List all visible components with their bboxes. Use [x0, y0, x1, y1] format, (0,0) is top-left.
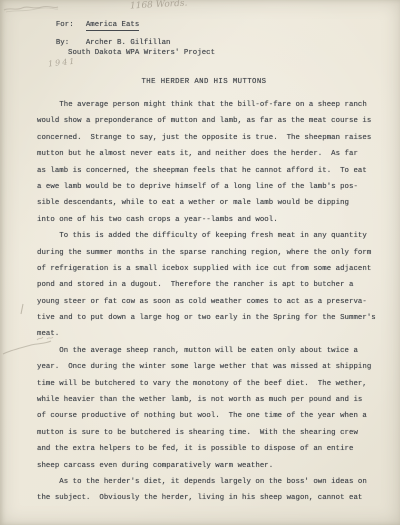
typed-line: The average person might think that the … [37, 97, 377, 113]
typed-line: and the extra helpers to be fed, it is p… [37, 441, 377, 457]
typed-line: To this is added the difficulty of keepi… [37, 228, 377, 244]
typed-line: during the summer months in the sparse r… [37, 245, 377, 261]
typed-line: as lamb is concerned, the sheepman feels… [37, 163, 377, 179]
by-value: Archer B. Gilfillan [86, 39, 171, 47]
typed-line: sible descendants, while to eat a wether… [37, 195, 377, 211]
typed-line: would show a preponderance of mutton and… [37, 113, 377, 129]
page-title: THE HERDER AND HIS MUTTONS [38, 78, 370, 86]
typed-line: time will be butchered to vary the monot… [37, 376, 377, 392]
typed-line: of refrigeration is a small icebox suppl… [37, 261, 377, 277]
typed-line: On the average sheep ranch, mutton will … [37, 343, 377, 359]
pencil-scribble-margin-icon [1, 332, 59, 358]
typed-line: the subject. Obviously the herder, livin… [37, 490, 377, 506]
typed-line: mutton is sure to be butchered is sheari… [37, 425, 377, 441]
header-project-line: South Dakota WPA Writers' Project [68, 49, 215, 57]
typed-line: into one of his two cash crops a year--l… [37, 212, 377, 228]
typed-line: mutton but he almost never eats it, and … [37, 146, 377, 162]
typed-line: As to the herder's diet, it depends larg… [37, 474, 377, 490]
typed-line: concerned. Strange to say, just the oppo… [37, 130, 377, 146]
year-note: 1941 [48, 57, 77, 69]
typed-line: of course productive of nothing but wool… [37, 408, 377, 424]
typed-line: a ewe lamb would be to deprive himself o… [37, 179, 377, 195]
typed-line: young steer or fat cow as soon as cold w… [37, 294, 377, 310]
body-text: The average person might think that the … [37, 97, 377, 507]
by-label: By: [56, 39, 86, 47]
for-label: For: [56, 21, 86, 29]
typed-line: year. Once during the winter some large … [37, 359, 377, 375]
word-count-note: 1168 Words. [130, 0, 188, 11]
typed-line: tive and to put down a large hog or two … [37, 310, 377, 326]
typed-line: while heavier than the wether lamb, is n… [37, 392, 377, 408]
typed-line: sheep carcass even during comparatively … [37, 458, 377, 474]
pencil-tick-margin-icon [18, 303, 26, 315]
for-value: America Eats [86, 21, 139, 31]
typed-line: meat. [37, 326, 377, 342]
manuscript-page: 1168 Words. For:America Eats By:Archer B… [0, 0, 400, 525]
typed-line: pond and stored in a dugout. Therefore t… [37, 277, 377, 293]
